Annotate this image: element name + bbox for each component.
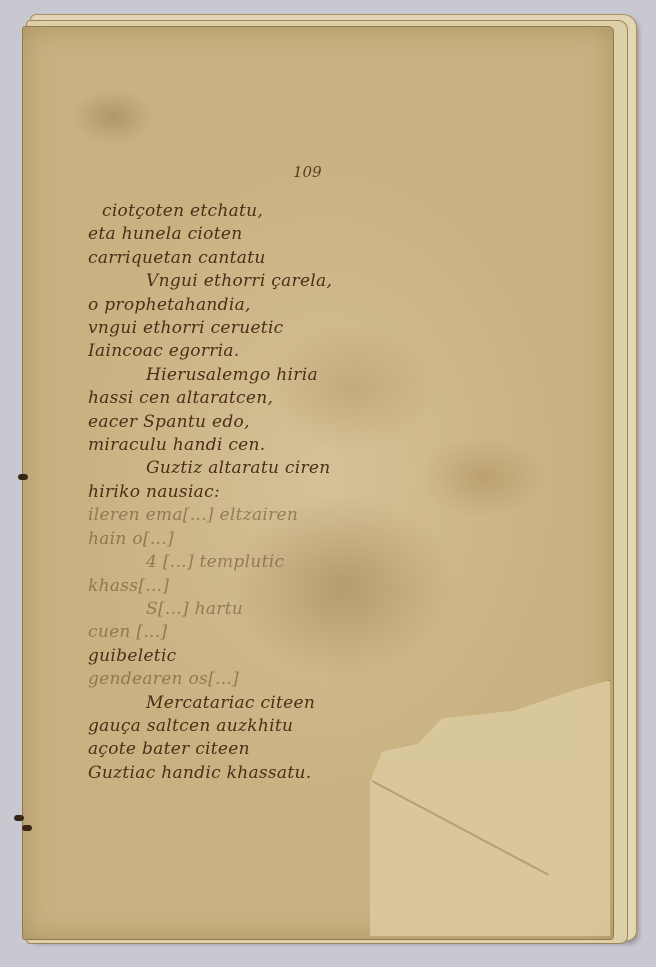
text-line: gauça saltcen auzkhitu xyxy=(88,715,508,738)
text-line: cuen [...] xyxy=(88,621,508,644)
text-line: o prophetahandia, xyxy=(88,294,508,317)
page-number: 109 xyxy=(293,163,322,181)
binding-thread-mark xyxy=(18,474,28,480)
binding-thread-mark xyxy=(14,815,24,821)
text-line: khass[...] xyxy=(88,575,508,598)
text-line: ciotçoten etchatu, xyxy=(88,200,508,223)
handwritten-text: ciotçoten etchatu, eta hunela cioten car… xyxy=(88,200,508,785)
text-line: eta hunela cioten xyxy=(88,223,508,246)
text-line: 4 [...] templutic xyxy=(88,551,508,574)
text-line: hassi cen altaratcen, xyxy=(88,387,508,410)
text-line: hain o[...] xyxy=(88,528,508,551)
text-line: ileren ema[...] eltzairen xyxy=(88,504,508,527)
text-line: Hierusalemgo hiria xyxy=(88,364,508,387)
text-line: carriquetan cantatu xyxy=(88,247,508,270)
text-line: miraculu handi cen. xyxy=(88,434,508,457)
text-line: S[...] hartu xyxy=(88,598,508,621)
text-line: açote bater citeen xyxy=(88,738,508,761)
text-line: Vngui ethorri çarela, xyxy=(88,270,508,293)
text-line: Guztiz altaratu ciren xyxy=(88,457,508,480)
text-line: eacer Spantu edo, xyxy=(88,411,508,434)
text-line: Mercatariac citeen xyxy=(88,692,508,715)
text-line: Iaincoac egorria. xyxy=(88,340,508,363)
text-line: hiriko nausiac: xyxy=(88,481,508,504)
text-line: gendearen os[...] xyxy=(88,668,508,691)
text-line: vngui ethorri ceruetic xyxy=(88,317,508,340)
text-line: guibeletic xyxy=(88,645,508,668)
text-line: Guztiac handic khassatu. xyxy=(88,762,508,785)
binding-thread-mark xyxy=(22,825,32,831)
